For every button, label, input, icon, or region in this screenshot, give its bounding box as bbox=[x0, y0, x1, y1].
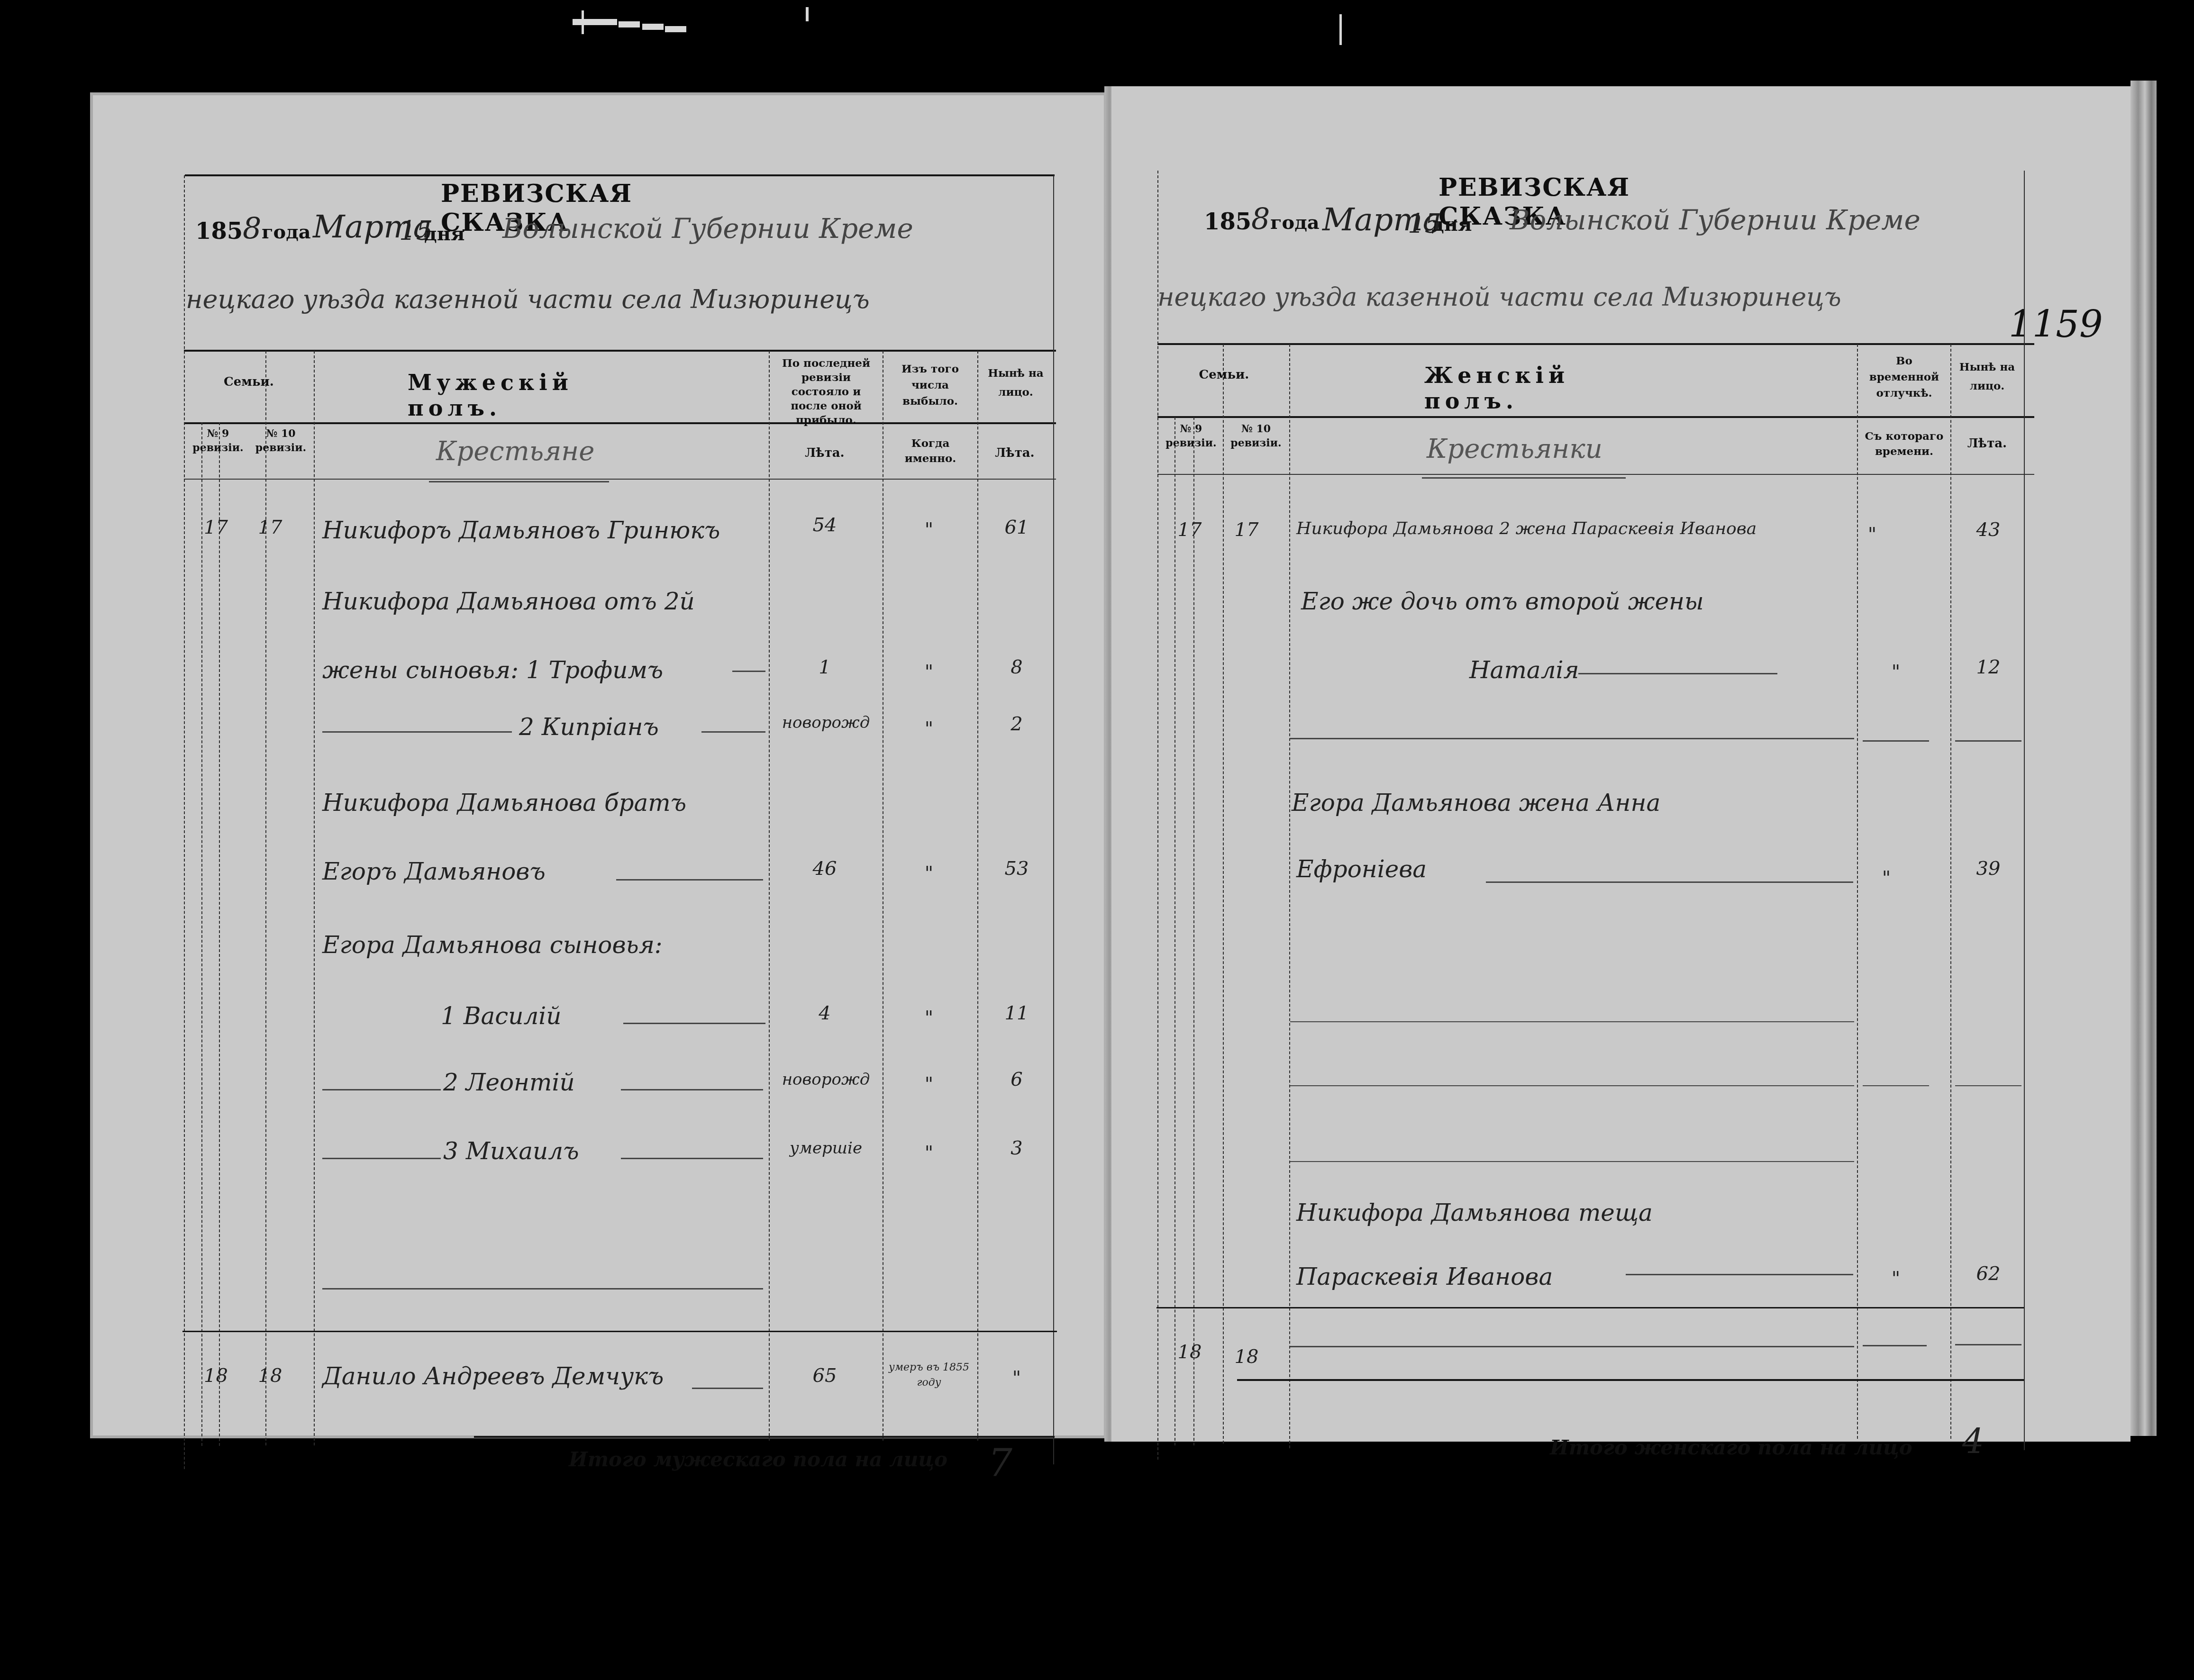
folio-number: 1159 bbox=[2009, 303, 2103, 346]
person-entry: Егора Дамьянова жена Анна bbox=[1292, 789, 1660, 817]
right-col-line bbox=[1174, 417, 1175, 1445]
person-entry: Данило Андреевъ Демчукъ bbox=[322, 1362, 664, 1390]
left-hdr-departed: Изъ того числа выбыло. bbox=[886, 361, 974, 409]
right-year-handwritten: 8 bbox=[1251, 201, 1270, 236]
person-entry: Никифора Дамьянова 2 жена Параскевiя Ива… bbox=[1296, 519, 1757, 538]
separator-dash bbox=[1290, 1021, 1854, 1022]
left-total-value: 7 bbox=[988, 1441, 1012, 1485]
left-hdr-families: Семьи. bbox=[190, 374, 308, 390]
film-mark bbox=[642, 24, 664, 30]
departed: умеръ въ 1855 году bbox=[886, 1360, 972, 1390]
person-entry: Его же дочь отъ второй жены bbox=[1301, 588, 1704, 615]
right-sub-years: Лѣта. bbox=[1953, 436, 2021, 451]
right-col-line bbox=[1289, 344, 1290, 1448]
fill-dash bbox=[1486, 881, 1853, 883]
left-sub-rev10: № 10 ревизiи. bbox=[251, 427, 310, 455]
rev10-number: 18 bbox=[1232, 1346, 1261, 1368]
form-top-rule bbox=[185, 174, 1055, 176]
separator-dash bbox=[1955, 740, 2021, 742]
departed: " bbox=[891, 1142, 967, 1164]
right-hdr-families: Семьи. bbox=[1161, 367, 1287, 382]
separator-dash bbox=[1863, 1085, 1929, 1086]
right-place-line: нецкаго уѣзда казенной части села Мизюри… bbox=[1157, 282, 1841, 312]
age-now: 43 bbox=[1957, 519, 2019, 541]
separator-dash bbox=[1863, 1345, 1927, 1346]
age-now: 2 bbox=[986, 713, 1047, 735]
right-hdr-temp-absence: Во временной отлучкѣ. bbox=[1860, 353, 1948, 401]
departed: " bbox=[891, 1007, 967, 1029]
left-col-line bbox=[883, 351, 883, 1441]
page-edges bbox=[2130, 81, 2157, 1436]
right-col-line bbox=[1223, 344, 1224, 1444]
fill-dash bbox=[621, 1158, 763, 1159]
person-entry: Егора Дамьянова сыновья: bbox=[322, 931, 663, 959]
fill-dash bbox=[322, 731, 512, 733]
separator-dash bbox=[1863, 740, 1929, 742]
separator-dash bbox=[1955, 1344, 2021, 1345]
section-end-dash bbox=[322, 1288, 763, 1290]
film-mark bbox=[665, 26, 686, 32]
absence: " bbox=[1863, 524, 1882, 545]
fill-dash bbox=[623, 1023, 765, 1024]
age-now: 12 bbox=[1957, 656, 2019, 678]
left-hdr-last-revision: По последней ревизiи состояло и после он… bbox=[772, 356, 881, 427]
person-entry: 1 Василiй bbox=[441, 1002, 562, 1030]
left-year-printed: 185 bbox=[195, 218, 243, 245]
person-entry: жены сыновья: 1 Трофимъ bbox=[322, 656, 663, 684]
left-sub-when: Когда именно. bbox=[885, 436, 975, 466]
right-sub-since: Съ котораго времени. bbox=[1860, 429, 1948, 459]
left-year-word: года bbox=[262, 221, 311, 243]
separator-dash bbox=[1290, 1161, 1854, 1162]
age-now: 3 bbox=[986, 1137, 1047, 1159]
right-sub-estate: Крестьянки bbox=[1427, 434, 1602, 464]
age-now: 8 bbox=[986, 656, 1047, 678]
left-sub-years2: Лѣта. bbox=[979, 445, 1050, 461]
age-now: 6 bbox=[986, 1069, 1047, 1090]
separator-dash bbox=[1955, 1085, 2021, 1086]
left-sub-rev9: № 9 ревизiи. bbox=[190, 427, 246, 455]
age-now: " bbox=[986, 1367, 1047, 1389]
rev9-number: 17 bbox=[1175, 519, 1204, 541]
rev10-number: 17 bbox=[1232, 519, 1261, 541]
rev10-number: 17 bbox=[256, 517, 284, 538]
absence: " bbox=[1886, 1268, 1905, 1290]
right-total-value: 4 bbox=[1962, 1422, 1984, 1462]
left-sub-estate: Крестьяне bbox=[436, 436, 594, 467]
last-revision-age: 54 bbox=[777, 514, 872, 536]
departed: " bbox=[891, 1073, 967, 1095]
fill-dash bbox=[1626, 1274, 1853, 1275]
film-mark bbox=[619, 21, 640, 27]
left-day-word: дня bbox=[424, 223, 465, 245]
departed: " bbox=[891, 661, 967, 683]
left-hdr-section: Мужескiй полъ. bbox=[408, 370, 573, 421]
left-sub-years: Лѣта. bbox=[773, 445, 877, 461]
last-revision-age: 46 bbox=[777, 858, 872, 880]
left-total-label: Итого мужескаго пола на лицо bbox=[569, 1448, 947, 1471]
person-entry: Никифоръ Дамьяновъ Гринюкъ bbox=[322, 517, 720, 544]
right-sub-rev10: № 10 ревизiи. bbox=[1225, 422, 1287, 450]
left-place-line: нецкаго уѣзда казенной части села Мизюри… bbox=[186, 284, 870, 314]
age-now: 53 bbox=[986, 858, 1047, 880]
right-col-line bbox=[2024, 171, 2025, 1450]
fill-dash bbox=[732, 671, 765, 672]
fill-dash bbox=[616, 879, 763, 881]
last-revision-age: новорожд bbox=[773, 1070, 879, 1089]
left-col-line bbox=[265, 351, 266, 1445]
right-sub-rev9: № 9 ревизiи. bbox=[1160, 422, 1222, 450]
left-header-top-rule bbox=[184, 350, 1056, 352]
separator-dash bbox=[1290, 1085, 1854, 1086]
left-hdr-now: Нынѣ на лицо. bbox=[980, 364, 1051, 402]
right-hdr-section: Женскiй полъ. bbox=[1424, 363, 1569, 414]
separator-dash bbox=[1290, 1346, 1854, 1347]
left-col-line bbox=[184, 175, 185, 1469]
person-entry: Параскевiя Иванова bbox=[1296, 1263, 1553, 1290]
fill-dash bbox=[322, 1089, 441, 1090]
person-entry: 2 Леонтiй bbox=[443, 1069, 575, 1096]
estate-underline bbox=[429, 481, 609, 482]
rev9-number: 17 bbox=[204, 517, 228, 538]
departed: " bbox=[891, 718, 967, 740]
fill-dash bbox=[621, 1089, 763, 1090]
right-col-line bbox=[1193, 417, 1194, 1445]
fill-dash bbox=[322, 1158, 441, 1159]
last-revision-age: 65 bbox=[777, 1365, 872, 1387]
departed: " bbox=[891, 863, 967, 884]
right-day-word: дня bbox=[1431, 213, 1472, 236]
separator-dash bbox=[1290, 738, 1854, 739]
last-revision-age: умершiе bbox=[773, 1139, 879, 1158]
left-family-separator bbox=[182, 1331, 1057, 1332]
right-col-line bbox=[1157, 171, 1158, 1460]
right-col-line bbox=[1950, 344, 1951, 1439]
right-place: Волынской Губернии Креме bbox=[1510, 204, 1921, 236]
left-col-line bbox=[769, 351, 770, 1441]
left-col-line bbox=[1053, 175, 1054, 1464]
left-subheader-rule bbox=[184, 479, 1056, 480]
absence: " bbox=[1877, 867, 1896, 889]
film-mark bbox=[1339, 14, 1342, 45]
left-col-line bbox=[201, 422, 202, 1446]
left-col-line bbox=[977, 351, 978, 1441]
left-header-mid-rule bbox=[184, 422, 1056, 424]
last-revision-age: 4 bbox=[777, 1002, 872, 1024]
right-total-label: Итого женскаго пола на лицо bbox=[1550, 1436, 1912, 1459]
person-entry: Никифора Дамьянова теща bbox=[1296, 1199, 1653, 1226]
person-entry: Ефронiева bbox=[1296, 855, 1427, 883]
person-entry: Никифора Дамьянова отъ 2й bbox=[322, 588, 695, 615]
left-col-line bbox=[219, 422, 220, 1446]
person-entry: 2 Кипрiанъ bbox=[519, 713, 659, 741]
last-revision-age: новорожд bbox=[773, 713, 879, 732]
rev10-number: 18 bbox=[256, 1365, 284, 1387]
person-entry: Никифора Дамьянова братъ bbox=[322, 789, 686, 817]
rev9-number: 18 bbox=[204, 1365, 228, 1387]
last-revision-age: 1 bbox=[777, 656, 872, 678]
left-col-line bbox=[314, 351, 315, 1445]
right-hdr-now: Нынѣ на лицо. bbox=[1953, 358, 2021, 396]
age-now: 11 bbox=[986, 1002, 1047, 1024]
absence: " bbox=[1886, 661, 1905, 683]
age-now: 62 bbox=[1957, 1263, 2019, 1285]
right-family-separator bbox=[1156, 1307, 2024, 1308]
left-year-handwritten: 8 bbox=[243, 211, 261, 245]
estate-underline bbox=[1422, 477, 1626, 479]
fill-dash bbox=[1578, 673, 1777, 674]
left-place: Волынской Губернии Креме bbox=[502, 212, 913, 245]
right-total-rule bbox=[1237, 1379, 2024, 1381]
film-mark bbox=[596, 19, 617, 25]
age-now: 61 bbox=[986, 517, 1047, 538]
rev9-number: 18 bbox=[1175, 1341, 1204, 1363]
person-entry: 3 Михаилъ bbox=[443, 1137, 579, 1165]
fill-dash bbox=[701, 731, 765, 733]
age-now: 39 bbox=[1957, 858, 2019, 880]
departed: " bbox=[891, 519, 967, 541]
left-total-rule bbox=[474, 1436, 1055, 1438]
right-year-printed: 185 bbox=[1204, 209, 1251, 235]
film-mark bbox=[806, 7, 809, 21]
person-entry: Егоръ Дамьяновъ bbox=[322, 858, 546, 885]
right-col-line bbox=[1857, 344, 1858, 1439]
person-entry: Наталiя bbox=[1469, 656, 1579, 684]
fill-dash bbox=[692, 1388, 763, 1389]
right-year-word: года bbox=[1270, 211, 1320, 234]
